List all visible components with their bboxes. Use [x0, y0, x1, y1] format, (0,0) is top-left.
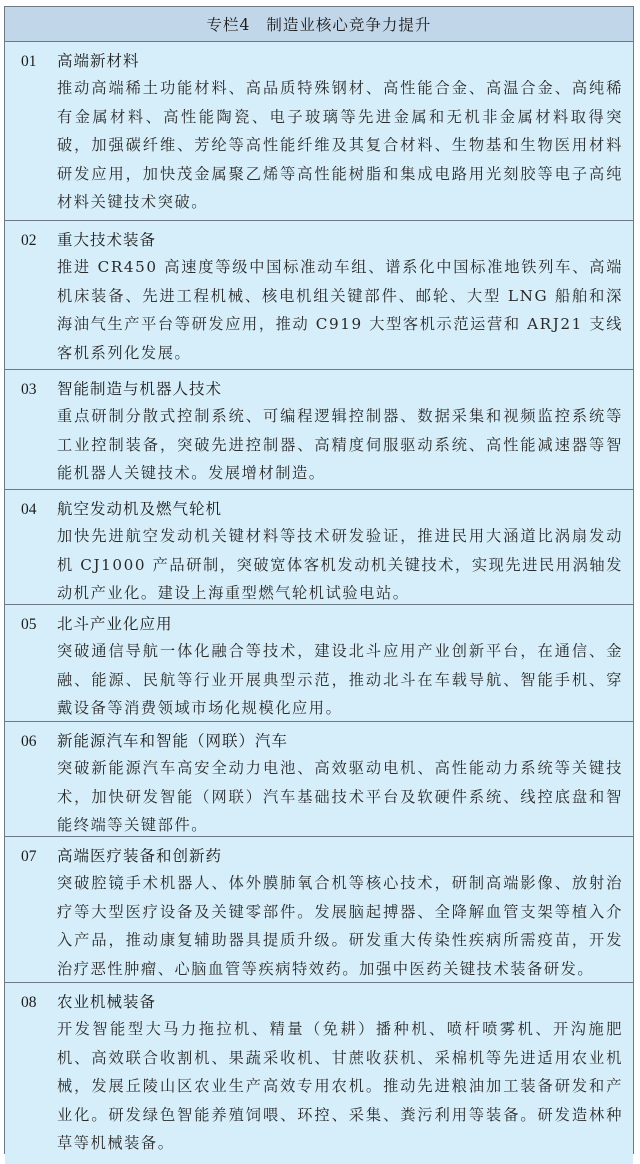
box-title-bar: 专栏4 制造业核心竞争力提升 [5, 7, 633, 42]
section-body: 重点研制分散式控制系统、可编程逻辑控制器、数据采集和视频监控系统等工业控制装备，… [57, 402, 623, 488]
section-08: 08 农业机械装备 开发智能型大马力拖拉机、精量（免耕）播种机、喷杆喷雾机、开沟… [5, 983, 633, 1158]
section-title: 北斗产业化应用 [57, 611, 173, 637]
section-number: 06 [5, 729, 57, 755]
section-body: 开发智能型大马力拖拉机、精量（免耕）播种机、喷杆喷雾机、开沟施肥机、高效联合收割… [57, 1015, 623, 1158]
section-body: 加快先进航空发动机关键材料等技术研发验证，推进民用大涵道比涡扇发动机 CJ100… [57, 522, 623, 608]
section-title: 高端医疗装备和创新药 [57, 843, 222, 869]
section-title: 航空发动机及燃气轮机 [57, 496, 222, 522]
section-body: 突破通信导航一体化融合等技术，建设北斗应用产业创新平台，在通信、金融、能源、民航… [57, 637, 623, 723]
section-number: 08 [5, 990, 57, 1016]
section-body: 突破腔镜手术机器人、体外膜肺氧合机等核心技术，研制高端影像、放射治疗等大型医疗设… [57, 869, 623, 983]
box-title: 制造业核心竞争力提升 [266, 13, 431, 35]
section-number: 05 [5, 612, 57, 638]
section-title: 高端新材料 [57, 48, 140, 74]
section-03: 03 智能制造与机器人技术 重点研制分散式控制系统、可编程逻辑控制器、数据采集和… [5, 370, 633, 490]
section-title: 智能制造与机器人技术 [57, 376, 222, 402]
section-title: 新能源汽车和智能（网联）汽车 [57, 728, 288, 754]
section-number: 04 [5, 497, 57, 523]
section-number: 07 [5, 844, 57, 870]
section-02: 02 重大技术装备 推进 CR450 高速度等级中国标准动车组、谱系化中国标准地… [5, 221, 633, 370]
feature-box: 专栏4 制造业核心竞争力提升 01 高端新材料 推动高端稀土功能材料、高品质特殊… [4, 6, 634, 1154]
section-04: 04 航空发动机及燃气轮机 加快先进航空发动机关键材料等技术研发验证，推进民用大… [5, 490, 633, 605]
section-07: 07 高端医疗装备和创新药 突破腔镜手术机器人、体外膜肺氧合机等核心技术，研制高… [5, 837, 633, 983]
section-body: 推进 CR450 高速度等级中国标准动车组、谱系化中国标准地铁列车、高端机床装备… [57, 253, 623, 367]
box-title-prefix: 专栏4 [207, 13, 251, 35]
section-title: 重大技术装备 [57, 227, 156, 253]
section-01: 01 高端新材料 推动高端稀土功能材料、高品质特殊钢材、高性能合金、高温合金、高… [5, 42, 633, 221]
section-05: 05 北斗产业化应用 突破通信导航一体化融合等技术，建设北斗应用产业创新平台，在… [5, 605, 633, 722]
section-number: 02 [5, 228, 57, 254]
section-body: 推动高端稀土功能材料、高品质特殊钢材、高性能合金、高温合金、高纯稀有金属材料、高… [57, 74, 623, 217]
section-body: 突破新能源汽车高安全动力电池、高效驱动电机、高性能动力系统等关键技术，加快研发智… [57, 754, 623, 840]
section-title: 农业机械装备 [57, 989, 156, 1015]
section-number: 01 [5, 49, 57, 75]
section-06: 06 新能源汽车和智能（网联）汽车 突破新能源汽车高安全动力电池、高效驱动电机、… [5, 722, 633, 837]
section-number: 03 [5, 377, 57, 403]
